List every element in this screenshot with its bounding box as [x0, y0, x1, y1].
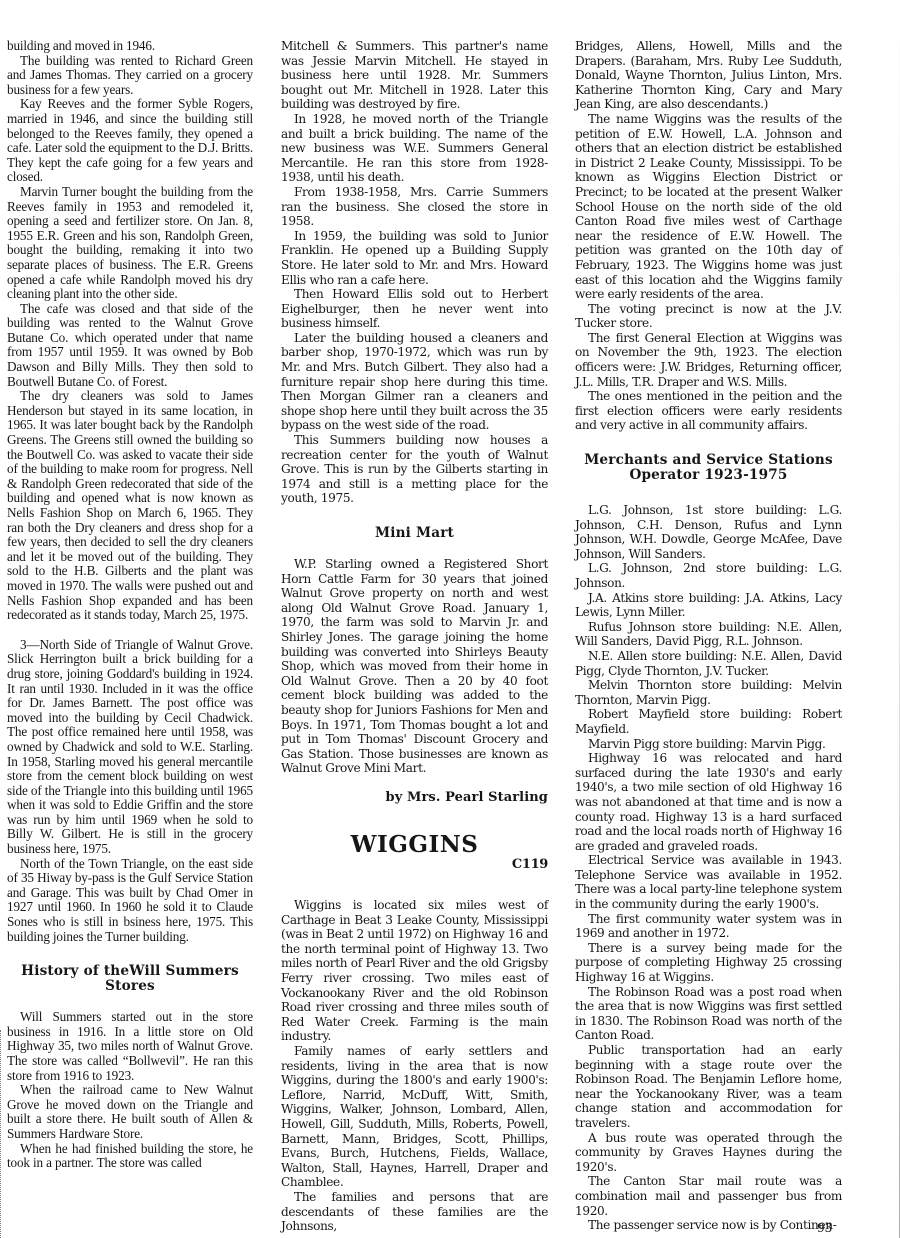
col3-merchant-paragraphs: L.G. Johnson, 1st store building: L.G. J… [575, 503, 842, 1233]
paragraph: The first General Election at Wiggins wa… [575, 331, 842, 389]
paragraph: Will Summers started out in the store bu… [7, 1010, 253, 1083]
spacer [281, 506, 548, 526]
heading-merchants: Merchants and Service Stations Operator … [575, 453, 842, 483]
paragraph: 3—North Side of Triangle of Walnut Grove… [7, 638, 253, 857]
paragraph: Marvin Pigg store building: Marvin Pigg. [575, 737, 842, 752]
paragraph: The families and persons that are descen… [281, 1190, 548, 1234]
paragraph: N.E. Allen store building: N.E. Allen, D… [575, 649, 842, 678]
paragraph: From 1938-1958, Mrs. Carrie Summers ran … [281, 185, 548, 229]
paragraph: Marvin Turner bought the building from t… [7, 185, 253, 302]
spacer [575, 433, 842, 453]
paragraph: J.A. Atkins store building: J.A. Atkins,… [575, 591, 842, 620]
column-3: Bridges, Allens, Howell, Mills and the D… [575, 39, 842, 1233]
spacer [7, 623, 253, 638]
col1-top-paragraphs: building and moved in 1946.The building … [7, 39, 253, 623]
paragraph: Kay Reeves and the former Syble Rogers, … [7, 97, 253, 185]
col2-wiggins-paragraphs: Wiggins is located six miles west of Car… [281, 898, 548, 1234]
paragraph: When the railroad came to New Walnut Gro… [7, 1083, 253, 1141]
column-2: Mitchell & Summers. This partner's name … [281, 39, 548, 1234]
paragraph: North of the Town Triangle, on the east … [7, 857, 253, 945]
spacer [281, 541, 548, 557]
paragraph: A bus route was operated through the com… [575, 1131, 842, 1175]
binding-edge [0, 1030, 3, 1238]
col2-mini-mart-paragraphs: W.P. Starling owned a Registered Short H… [281, 557, 548, 776]
paragraph: The Canton Star mail route was a combina… [575, 1174, 842, 1218]
column-1: building and moved in 1946.The building … [7, 39, 253, 1171]
wiggins-code: C119 [281, 858, 548, 873]
paragraph: There is a survey being made for the pur… [575, 941, 842, 985]
paragraph: The ones mentioned in the peition and th… [575, 389, 842, 433]
paragraph: The voting precinct is now at the J.V. T… [575, 302, 842, 331]
paragraph: The dry cleaners was sold to James Hende… [7, 389, 253, 623]
paragraph: Bridges, Allens, Howell, Mills and the D… [575, 39, 842, 112]
paragraph: Rufus Johnson store building: N.E. Allen… [575, 620, 842, 649]
paragraph: The name Wiggins was the results of the … [575, 112, 842, 302]
paragraph: The passenger service now is by Continen… [575, 1218, 842, 1233]
col1-bottom-paragraphs: Will Summers started out in the store bu… [7, 1010, 253, 1171]
paragraph: Later the building housed a cleaners and… [281, 331, 548, 433]
paragraph: L.G. Johnson, 1st store building: L.G. J… [575, 503, 842, 561]
paragraph: Highway 16 was relocated and hard surfac… [575, 751, 842, 853]
paragraph: Robert Mayfield store building: Robert M… [575, 707, 842, 736]
paragraph: Wiggins is located six miles west of Car… [281, 898, 548, 1044]
heading-line: Operator 1923-1975 [575, 468, 842, 483]
byline: by Mrs. Pearl Starling [281, 791, 548, 806]
paragraph: In 1928, he moved north of the Triangle … [281, 112, 548, 185]
paragraph: building and moved in 1946. [7, 39, 253, 54]
col2-top-paragraphs: Mitchell & Summers. This partner's name … [281, 39, 548, 506]
paragraph: W.P. Starling owned a Registered Short H… [281, 557, 548, 776]
paragraph: Family names of early settlers and resid… [281, 1044, 548, 1190]
heading-mini-mart: Mini Mart [281, 526, 548, 541]
wiggins-title: WIGGINS [281, 832, 548, 858]
spacer [281, 806, 548, 832]
paragraph: The Robinson Road was a post road when t… [575, 985, 842, 1043]
spacer [7, 944, 253, 964]
paragraph: The first community water system was in … [575, 912, 842, 941]
paragraph: The building was rented to Richard Green… [7, 54, 253, 98]
paragraph: The cafe was closed and that side of the… [7, 302, 253, 390]
paragraph: When he had finished building the store,… [7, 1142, 253, 1171]
spacer [281, 872, 548, 898]
paragraph: Mitchell & Summers. This partner's name … [281, 39, 548, 112]
heading-will-summers-stores: History of theWill Summers Stores [7, 964, 253, 994]
paragraph: In 1959, the building was sold to Junior… [281, 229, 548, 287]
paragraph: Melvin Thornton store building: Melvin T… [575, 678, 842, 707]
heading-line: History of theWill Summers [7, 964, 253, 979]
page-number: 93 [817, 1221, 832, 1235]
spacer [7, 994, 253, 1010]
paragraph: Electrical Service was available in 1943… [575, 853, 842, 911]
spacer [575, 483, 842, 503]
paragraph: Public transportation had an early begin… [575, 1043, 842, 1131]
paragraph: L.G. Johnson, 2nd store building: L.G. J… [575, 561, 842, 590]
heading-line: Merchants and Service Stations [575, 453, 842, 468]
col3-top-paragraphs: Bridges, Allens, Howell, Mills and the D… [575, 39, 842, 433]
paragraph: This Summers building now houses a recre… [281, 433, 548, 506]
heading-line: Stores [7, 979, 253, 994]
col1-mid-paragraphs: 3—North Side of Triangle of Walnut Grove… [7, 638, 253, 944]
paragraph: Then Howard Ellis sold out to Herbert Ei… [281, 287, 548, 331]
spacer [281, 776, 548, 791]
